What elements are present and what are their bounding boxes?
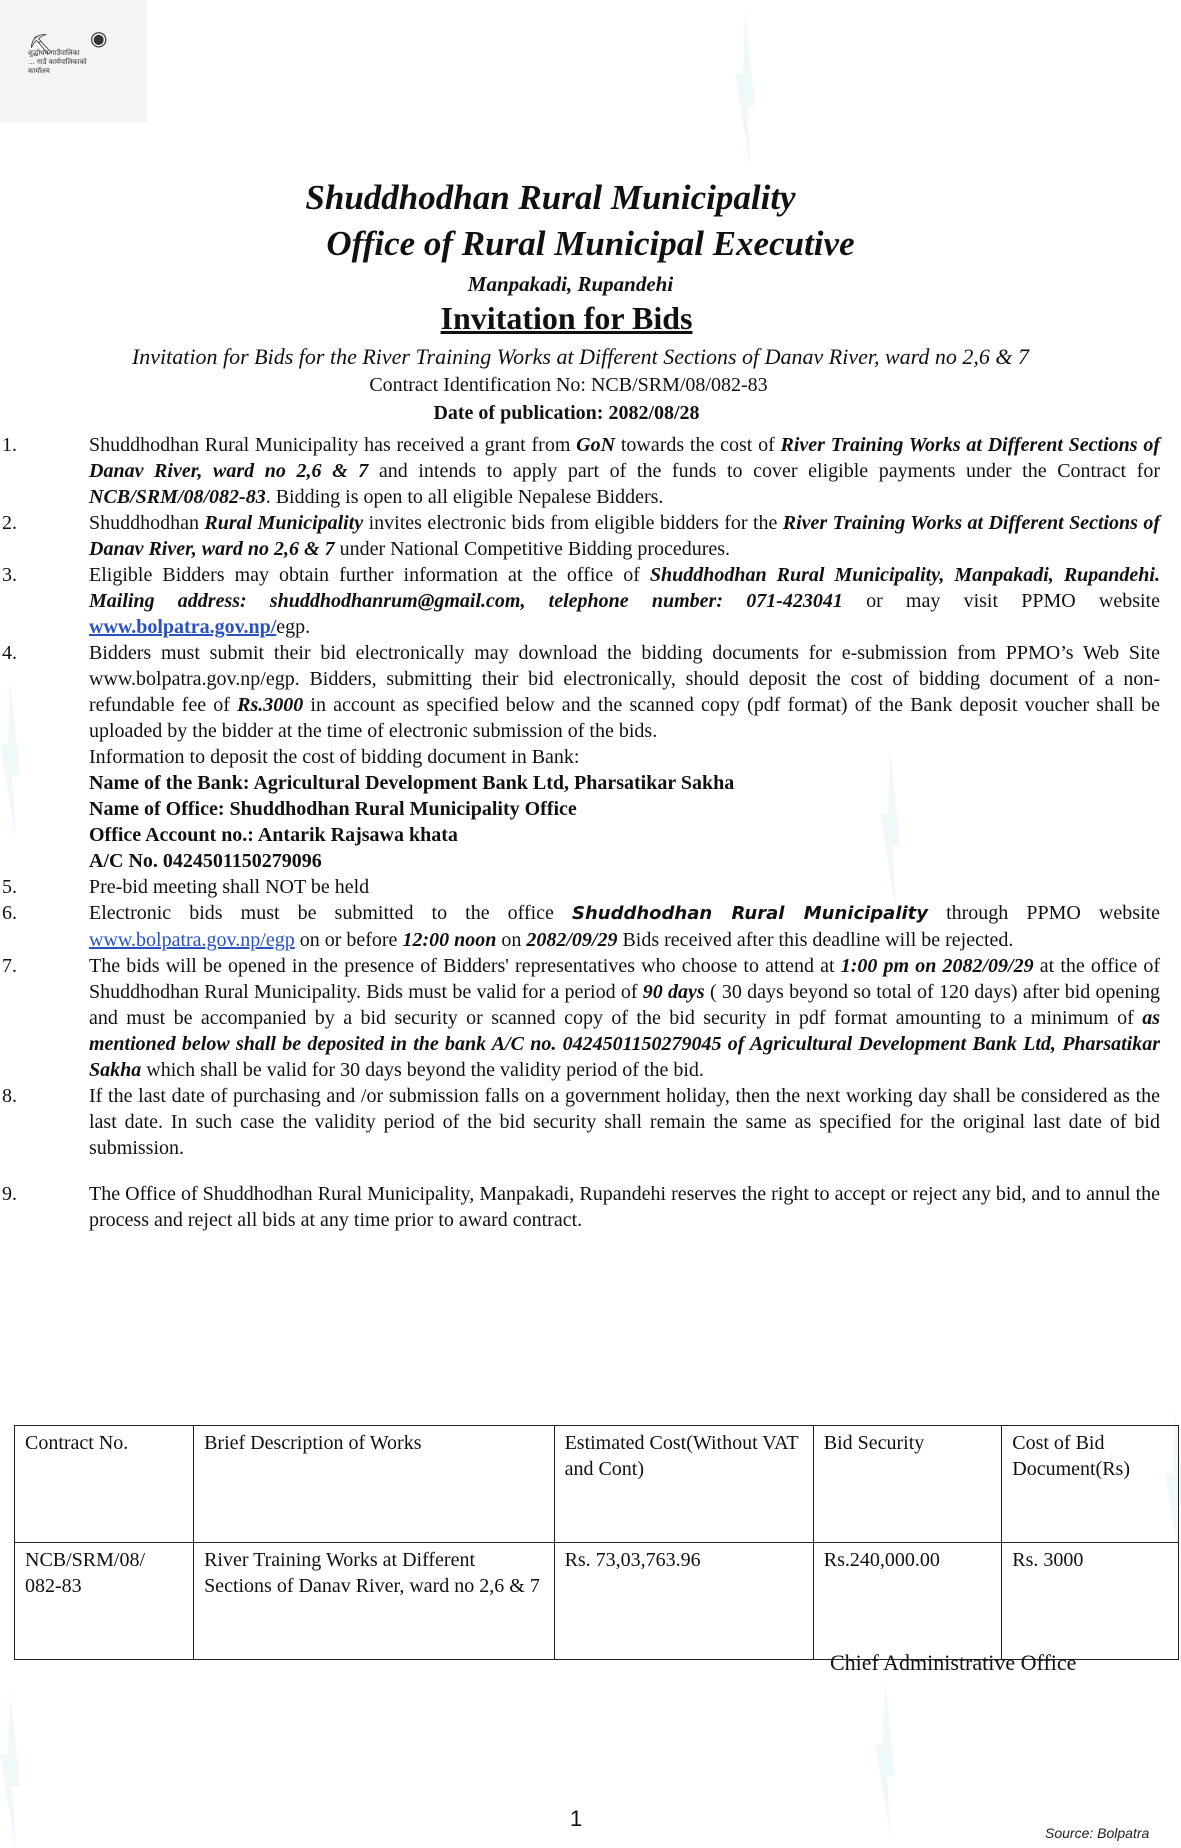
- col-bid-security: Bid Security: [813, 1426, 1002, 1543]
- clause-8: 8. If the last date of purchasing and /o…: [0, 1083, 1160, 1161]
- cell-bid-security: Rs.240,000.00: [813, 1543, 1002, 1660]
- header-logos: ⛏ शुद्धोधन गाउँपालिका ... गाउँ कार्यपालि…: [0, 0, 147, 122]
- clause-9: 9. The Office of Shuddhodhan Rural Munic…: [0, 1181, 1160, 1233]
- egp-link[interactable]: www.bolpatra.gov.np/egp: [89, 929, 295, 951]
- page-number: 1: [570, 1806, 582, 1832]
- watermark-bolt: [0, 1690, 20, 1848]
- notice-subtitle: Invitation for Bids for the River Traini…: [0, 344, 1171, 370]
- campaign-seal: ◉: [90, 34, 130, 43]
- emblem-icon: ⛏: [28, 40, 88, 49]
- seal-icon: ◉: [90, 34, 130, 43]
- clause-3: 3. Eligible Bidders may obtain further i…: [0, 562, 1160, 640]
- table-row: NCB/SRM/08/ 082-83 River Training Works …: [15, 1543, 1179, 1660]
- office-location: Manpakadi, Rupandehi: [0, 272, 1161, 297]
- cell-document-cost: Rs. 3000: [1002, 1543, 1179, 1660]
- signatory: Chief Administrative Office: [830, 1650, 1076, 1676]
- watermark-bolt: [735, 10, 755, 170]
- office-name: Office of Rural Municipal Executive: [0, 224, 1181, 264]
- clause-6: 6. Electronic bids must be submitted to …: [0, 900, 1160, 953]
- spacer: [0, 1161, 1160, 1181]
- notice-body: 1. Shuddhodhan Rural Municipality has re…: [0, 432, 1160, 1233]
- watermark-bolt: [875, 1680, 895, 1840]
- publication-date: Date of publication: 2082/08/28: [0, 402, 1157, 425]
- bid-details-table: Contract No. Brief Description of Works …: [14, 1425, 1179, 1660]
- contract-id: Contract Identification No: NCB/SRM/08/0…: [0, 374, 1159, 397]
- col-description: Brief Description of Works: [194, 1426, 555, 1543]
- col-estimated-cost: Estimated Cost(Without VAT and Cont): [554, 1426, 813, 1543]
- clause-5: 5. Pre-bid meeting shall NOT be held: [0, 874, 1160, 900]
- clause-2: 2. Shuddhodhan Rural Municipality invite…: [0, 510, 1160, 562]
- bank-name: Name of the Bank: Agricultural Developme…: [89, 770, 1160, 796]
- cell-contract-no: NCB/SRM/08/ 082-83: [15, 1543, 194, 1660]
- bank-office-name: Name of Office: Shuddhodhan Rural Munici…: [89, 796, 1160, 822]
- clause-7: 7. The bids will be opened in the presen…: [0, 953, 1160, 1083]
- col-contract-no: Contract No.: [15, 1426, 194, 1543]
- source-credit: Source: Bolpatra: [1045, 1825, 1149, 1841]
- table-header-row: Contract No. Brief Description of Works …: [15, 1426, 1179, 1543]
- clause-1: 1. Shuddhodhan Rural Municipality has re…: [0, 432, 1160, 510]
- bank-account-name: Office Account no.: Antarik Rajsawa khat…: [89, 822, 1160, 848]
- cell-estimated-cost: Rs. 73,03,763.96: [554, 1543, 813, 1660]
- bank-info-label: Information to deposit the cost of biddi…: [89, 744, 1160, 770]
- org-name: Shuddhodhan Rural Municipality: [0, 178, 1141, 218]
- bank-account-number: A/C No. 0424501150279096: [89, 848, 1160, 874]
- bolpatra-link[interactable]: www.bolpatra.gov.np/: [89, 616, 276, 638]
- municipality-emblem: ⛏ शुद्धोधन गाउँपालिका ... गाउँ कार्यपालि…: [28, 40, 88, 76]
- clause-4: 4. Bidders must submit their bid electro…: [0, 640, 1160, 874]
- cell-description: River Training Works at Different Sectio…: [194, 1543, 555, 1660]
- col-document-cost: Cost of Bid Document(Rs): [1002, 1426, 1179, 1543]
- page-title: Invitation for Bids: [0, 300, 1157, 337]
- emblem-caption: शुद्धोधन गाउँपालिका ... गाउँ कार्यपालिका…: [28, 49, 87, 75]
